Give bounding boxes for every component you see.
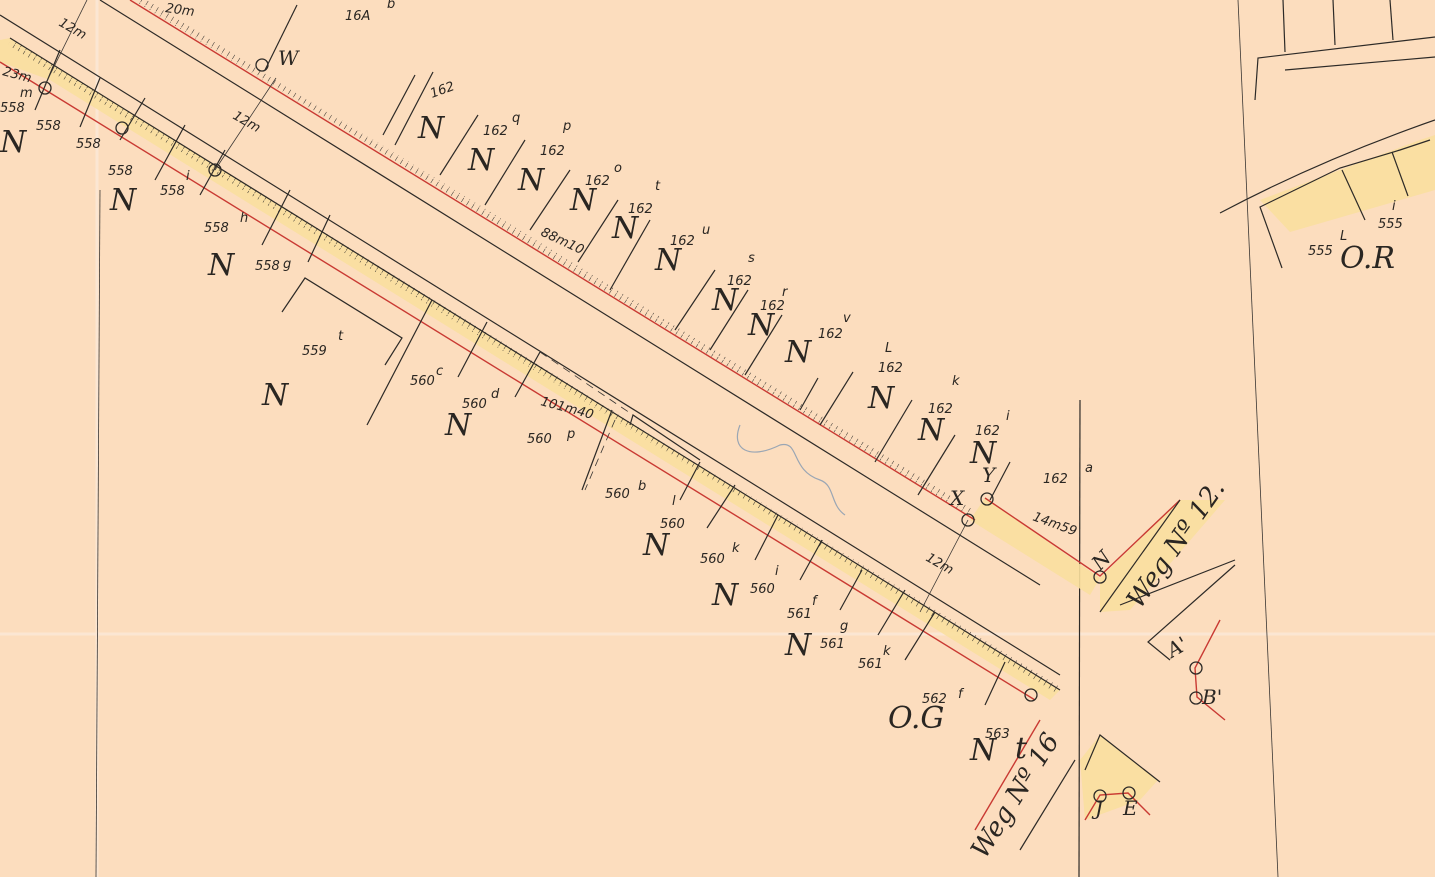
parcel-558g-sup: g (283, 257, 291, 272)
parcel-558-c: 558 (76, 137, 101, 152)
parcel-162i-sup: i (1006, 409, 1010, 424)
symbol-N-north-3: N (517, 163, 546, 198)
parcel-558-b: 558 (36, 119, 61, 134)
parcel-162v: 162 (818, 327, 843, 342)
parcel-162L: 162 (878, 361, 903, 376)
symbol-N-south-4: N (261, 378, 290, 413)
symbol-N-south-2: N (109, 183, 138, 218)
parcel-560p-sup: p (566, 427, 575, 442)
parcel-162t-sup: t (655, 179, 661, 194)
parcel-560i: 560 (750, 582, 775, 597)
symbol-N-south-3: N (207, 248, 236, 283)
parcel-162a: 162 (1043, 472, 1068, 487)
parcel-559t: 559 (302, 344, 327, 359)
parcel-162o: 162 (585, 174, 610, 189)
parcel-162p-sup: p (562, 119, 571, 134)
parcel-558i: 558 (160, 184, 185, 199)
parcel-561k-sup: k (883, 644, 891, 659)
symbol-N-south-9: N (969, 733, 998, 768)
parcel-555i: 555 (1378, 217, 1403, 232)
parcel-162u: 162 (670, 234, 695, 249)
parcel-560p: 560 (527, 432, 552, 447)
symbol-N-north-11: N (917, 413, 946, 448)
parcel-560l: 560 (660, 517, 685, 532)
parcel-162r: 162 (760, 299, 785, 314)
parcel-558g: 558 (255, 259, 280, 274)
parcel-162p: 162 (540, 144, 565, 159)
parcel-162t: 162 (628, 202, 653, 217)
parcel-560d-sup: d (491, 387, 500, 402)
parcel-560i-sup: i (775, 564, 779, 579)
symbol-N-north-1: N (417, 111, 446, 146)
symbol-N-north-10: N (867, 381, 896, 416)
survey-label-E: E (1122, 796, 1138, 820)
parcel-162k-sup: k (952, 374, 960, 389)
survey-label-X: X (948, 486, 965, 510)
parcel-162q: 162 (483, 124, 508, 139)
symbol-N-south-6: N (642, 528, 671, 563)
parcel-162a-sup: a (1085, 461, 1093, 476)
parcel-162u-sup: u (702, 223, 710, 238)
parcel-560b-sup: b (638, 479, 646, 494)
parcel-560b: 560 (605, 487, 630, 502)
symbol-OG: O.G (888, 701, 944, 736)
symbol-N-north-9: N (784, 335, 813, 370)
parcel-555L: 555 (1308, 244, 1333, 259)
parcel-162L-sup: L (885, 341, 892, 356)
parcel-162k: 162 (928, 402, 953, 417)
parcel-560k-sup: k (732, 541, 740, 556)
parcel-162v-sup: v (843, 311, 851, 326)
parcel-560k: 560 (700, 552, 725, 567)
survey-label-B: B' (1201, 685, 1222, 709)
parcel-561k: 561 (858, 657, 883, 672)
parcel-162s-sup: s (748, 251, 755, 266)
symbol-N-south-7: N (711, 578, 740, 613)
parcel-561g: 561 (820, 637, 845, 652)
parcel-162s: 162 (727, 274, 752, 289)
parcel-563-sup: t (1015, 731, 1028, 766)
parcel-558h: 558 (204, 221, 229, 236)
symbol-N-south-8: N (784, 628, 813, 663)
parcel-560c-sup: c (436, 364, 443, 379)
parcel-561g-sup: g (840, 619, 848, 634)
parcel-561f: 561 (787, 607, 812, 622)
symbol-OR: O.R (1340, 241, 1395, 276)
parcel-162q-sup: q (512, 111, 520, 126)
cadastral-map: 20m 16A b W 12m 12m 23m N 162 N 162 q N … (0, 0, 1435, 877)
parcel-560c: 560 (410, 374, 435, 389)
parcel-558m-sup: m (20, 86, 33, 101)
parcel-162i: 162 (975, 424, 1000, 439)
parcel-16A-sup: b (387, 0, 395, 12)
parcel-558-d: 558 (108, 164, 133, 179)
parcel-558i-sup: i (186, 169, 190, 184)
parcel-16A: 16A (345, 9, 370, 24)
parcel-559t-sup: t (338, 329, 344, 344)
symbol-N-south-5: N (444, 408, 473, 443)
symbol-N-south-1: N (0, 125, 28, 160)
survey-label-W: W (278, 46, 300, 70)
parcel-560l-sup: l (672, 494, 676, 509)
paper-background (0, 0, 1435, 877)
parcel-558-a: 558 (0, 101, 25, 116)
parcel-558h-sup: h (240, 211, 248, 226)
parcel-555i-sup: i (1392, 199, 1396, 214)
survey-label-Y: Y (982, 463, 997, 487)
parcel-162o-sup: o (614, 161, 622, 176)
symbol-N-north-2: N (467, 143, 496, 178)
